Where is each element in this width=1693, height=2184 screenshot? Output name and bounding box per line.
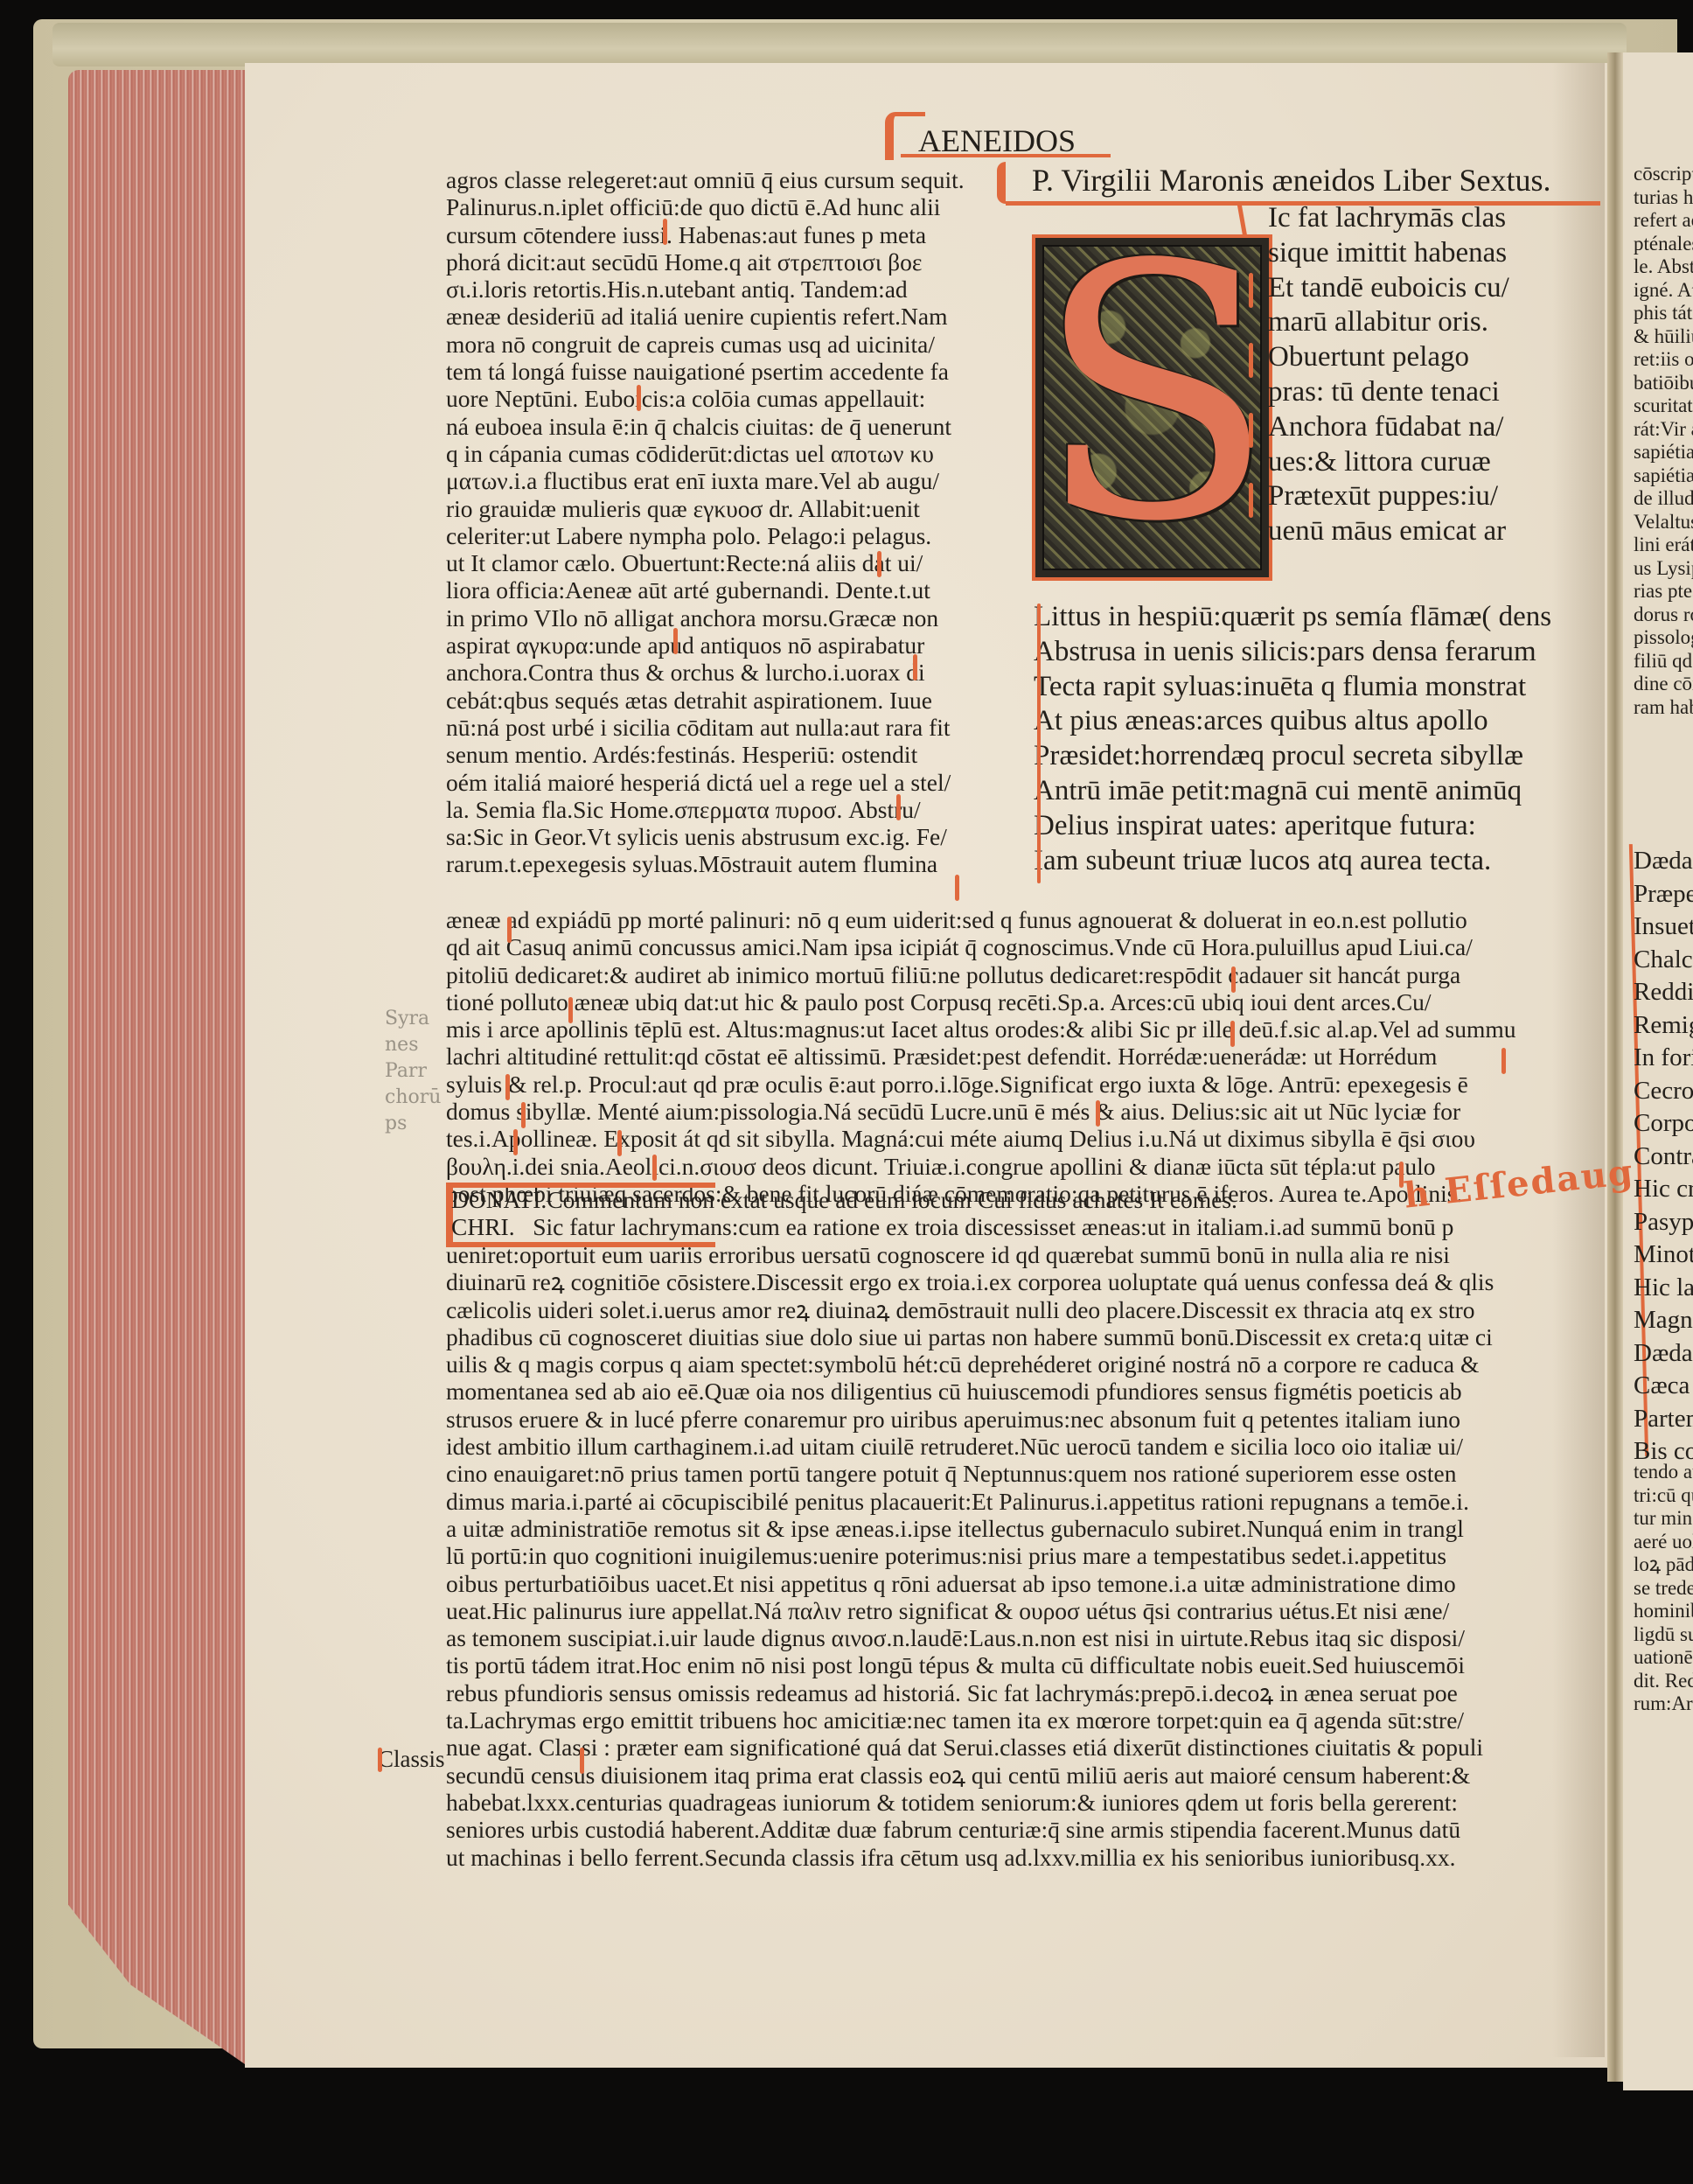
- commentary-line: agros classe relegeret:aut omniū q̄ eius…: [446, 166, 988, 193]
- facing-verse-line: Hic labo: [1634, 1272, 1693, 1305]
- commentary-line: diuinarū reꝝ cognitiōe cōsistere.Discess…: [446, 1268, 1618, 1295]
- book-title: P. Virgilii Maronis æneidos Liber Sextus…: [1032, 162, 1551, 199]
- rubric-stroke: [663, 219, 667, 245]
- facing-verse-line: Remig: [1634, 1009, 1693, 1043]
- rubric-stroke: [507, 917, 512, 943]
- commentary-line: oibus perturbatiōibus uacet.Et nisi appe…: [446, 1570, 1618, 1597]
- rubric-stroke: [1096, 1100, 1100, 1127]
- rubric-stroke: [513, 1129, 518, 1155]
- rubric-stroke: [1249, 413, 1253, 448]
- verse-line: Iam subeunt triuæ lucos atq aurea tecta.: [1034, 844, 1602, 879]
- commentary-line: tis portū tádem itrat.Hoc enim nō nisi p…: [446, 1651, 1618, 1678]
- chri-label: CHRI.: [451, 1213, 515, 1240]
- facing-line: hominibu: [1634, 1600, 1693, 1623]
- commentary-line: qd ait Casuq animū concussus amici.Nam i…: [446, 933, 1618, 960]
- commentary-line: nue agat. Classi : præter eam significat…: [446, 1734, 1618, 1761]
- book-cover-headcap: [52, 23, 1627, 66]
- facing-page-verse: Dædalu Præpet Insuetu Chalcid Reddit Rem…: [1634, 845, 1693, 1469]
- commentary-line: σι.i.loris retortis.His.n.utebant antiq.…: [446, 276, 988, 303]
- commentary-line: lachri altitudiné rettulit:qd cōstat eē …: [446, 1043, 1618, 1070]
- facing-line: ret:iis om: [1634, 348, 1693, 372]
- commentary-line: ta.Lachrymas ergo emittit tribuens hoc a…: [446, 1706, 1618, 1734]
- facing-line: dine cōiu: [1634, 673, 1693, 696]
- commentary-line: cino enauigaret:nō prius tamen portū tan…: [446, 1460, 1618, 1487]
- facing-line: aeré uolás: [1634, 1531, 1693, 1554]
- facing-line: tri:cū quo: [1634, 1484, 1693, 1508]
- rubric-stroke: [896, 794, 901, 820]
- facing-verse-line: Magnun: [1634, 1304, 1693, 1337]
- rubric-stroke: [568, 997, 573, 1023]
- commentary-line: ut machinas i bello ferrent.Secunda clas…: [446, 1844, 1618, 1871]
- commentary-line: habebat.lxxx.centurias quadrageas iunior…: [446, 1789, 1618, 1816]
- rubric-stroke: [1501, 1048, 1506, 1074]
- facing-line: pissologia: [1634, 626, 1693, 650]
- facing-line: batiōibus: [1634, 372, 1693, 395]
- commentary-line: pitoliū dedicaret:& audiret ab inimico m…: [446, 961, 1618, 988]
- commentary-line: liora officia:Aeneæ aūt arté gubernandi.…: [446, 576, 988, 604]
- rubric-stroke: [1249, 343, 1253, 378]
- facing-line: pténales.: [1634, 233, 1693, 256]
- facing-line: dorus rom: [1634, 604, 1693, 627]
- facing-line: turias ha: [1634, 186, 1693, 210]
- commentary-line: lū portū:in quo cognitioni inuigilemus:u…: [446, 1542, 1618, 1569]
- facing-line: ram habe: [1634, 696, 1693, 720]
- facing-line: dit. Red: [1634, 1670, 1693, 1693]
- commentary-line: rebus pfundioris sensus omissis redeamus…: [446, 1679, 1618, 1706]
- facing-line: filiū qd n: [1634, 650, 1693, 673]
- commentary-lower-block: ueniret:oportuit eum uariis erroribus ue…: [446, 1241, 1618, 1871]
- commentary-line: ueat.Hic palinurus iure appellat.Ná παλι…: [446, 1597, 1618, 1624]
- rubric-stroke: [1399, 1162, 1404, 1188]
- commentary-line: strusos eruere & in lucé pferre conaremu…: [446, 1406, 1618, 1433]
- facing-line: uationē,: [1634, 1646, 1693, 1670]
- verse-line: Littus in hespiū:quærit ps semía flāmæ( …: [1034, 600, 1602, 635]
- commentary-line: idest ambitio illum carthaginem.i.ad uit…: [446, 1433, 1618, 1460]
- margin-note-classis: Classis: [378, 1746, 445, 1773]
- commentary-line: cursum cōtendere iussi. Habenas:aut fune…: [446, 221, 988, 248]
- commentary-line: Palinurus.n.iplet officiū:de quo dictū ē…: [446, 193, 988, 220]
- donati-label: DONATI.: [451, 1186, 547, 1213]
- commentary-line: q in cápania cumas cōdiderūt:dictas uel …: [446, 440, 988, 467]
- rubric-stroke: [913, 654, 917, 680]
- commentary-line: tioné polluto æneæ ubiq dat:ut hic & pau…: [446, 988, 1618, 1015]
- commentary-line: a uitæ administratiōe remotus sit & ipse…: [446, 1515, 1618, 1542]
- facing-verse-line: Chalcid: [1634, 944, 1693, 977]
- facing-page-commentary-bottom: tendo aū t tri:cū quo tur minot aeré uol…: [1634, 1461, 1693, 1716]
- ghost-line: chorū: [385, 1085, 441, 1111]
- photo-background: [0, 2090, 1693, 2184]
- rubric-stroke: [617, 1130, 622, 1156]
- commentary-line: æneæ desideriū ad italiá uenire cupienti…: [446, 303, 988, 330]
- rubric-stroke: [955, 875, 959, 901]
- facing-verse-line: Insuetu: [1634, 911, 1693, 944]
- facing-line: & hūilius: [1634, 325, 1693, 349]
- commentary-line: tes.i.Apollineæ. Exposit át qd sit sibyl…: [446, 1125, 1618, 1152]
- verse-line: Obuertunt pelago: [1268, 340, 1600, 375]
- commentary-line: rio grauidæ mulieris quæ εγκυοσ dr. Alla…: [446, 495, 988, 522]
- commentary-line: uilis & q magis corpus q aiam spectet:sy…: [446, 1350, 1618, 1378]
- verse-line: uenū māus emicat ar: [1268, 514, 1600, 549]
- verse-line: Prætexūt puppes:iu/: [1268, 479, 1600, 514]
- facing-verse-line: Contra e: [1634, 1141, 1693, 1174]
- facing-line: rias ptes d: [1634, 580, 1693, 604]
- red-fore-edge: [68, 70, 245, 2064]
- commentary-line: mora nō congruit de capreis cumas usq ad…: [446, 331, 988, 358]
- facing-line: scuritaté: [1634, 394, 1693, 418]
- commentary-line: syluis & rel.p. Procul:aut qd præ oculis…: [446, 1071, 1618, 1098]
- verse-line: Delius inspirat uates: aperitque futura:: [1034, 809, 1602, 844]
- donati-text: Commentum non extat usque ad eum locum C…: [547, 1186, 1237, 1213]
- facing-verse-line: Dædalu: [1634, 845, 1693, 878]
- facing-verse-line: Reddit: [1634, 976, 1693, 1009]
- commentary-line: ut It clamor cælo. Obuertunt:Recte:ná al…: [446, 549, 988, 576]
- facing-line: le. Abst: [1634, 255, 1693, 279]
- commentary-line: oém italiá maioré hesperiá dictá uel a r…: [446, 769, 988, 796]
- rubric-stroke: [378, 1748, 382, 1772]
- commentary-line: uore Neptūni. Euboicis:a colōia cumas ap…: [446, 385, 988, 412]
- commentary-line: in primo VIlo nō alligat anchora morsu.G…: [446, 604, 988, 631]
- commentary-line: anchora.Contra thus & orchus & lurcho.i.…: [446, 659, 988, 686]
- donati-line: DONATI.Commentum non extat usque ad eum …: [451, 1186, 1453, 1213]
- facing-line: tur minot: [1634, 1507, 1693, 1531]
- facing-verse-line: Partem c: [1634, 1403, 1693, 1436]
- facing-verse-line: Hic cruc: [1634, 1173, 1693, 1206]
- rubric-stroke: [521, 1102, 526, 1128]
- facing-verse-line: Corpora: [1634, 1107, 1693, 1141]
- commentary-line: cælicolis uideri solet.i.uerus amor reꝝ …: [446, 1296, 1618, 1323]
- verse-line: Tecta rapit syluas:inuēta q flumia monst…: [1034, 670, 1602, 705]
- rubric-paragraph-mark: [997, 162, 1032, 204]
- rubric-stroke: [1249, 483, 1253, 518]
- commentary-line: sa:Sic in Geor.Vt sylicis uenis abstrusu…: [446, 823, 988, 850]
- facing-line: tendo aū t: [1634, 1461, 1693, 1484]
- rubric-stroke: [637, 385, 641, 411]
- commentary-line: nū:ná post urbé i sicilia cōditam aut nu…: [446, 714, 988, 741]
- rubric-stroke: [580, 1748, 584, 1774]
- rubric-stroke: [673, 628, 678, 654]
- ghost-line: Syra: [385, 1006, 441, 1032]
- verse-line: Anchora fūdabat na/: [1268, 410, 1600, 445]
- facing-verse-line: Minotau: [1634, 1239, 1693, 1272]
- commentary-line: la. Semia fla.Sic Home.σπερματα πυροσ. A…: [446, 796, 988, 823]
- commentary-line: phadibus cū cognosceret diuitias siue do…: [446, 1323, 1618, 1350]
- chri-text: Sic fatur lachrymans:cum ea ratione ex t…: [533, 1213, 1453, 1240]
- verse-line: pras: tū dente tenaci: [1268, 375, 1600, 410]
- rubric-stroke: [1249, 273, 1253, 308]
- facing-verse-line: Præpet: [1634, 878, 1693, 911]
- rubric-stroke: [505, 1074, 510, 1100]
- ghost-line: Parr: [385, 1058, 441, 1085]
- commentary-line: ueniret:oportuit eum uariis erroribus ue…: [446, 1241, 1618, 1268]
- facing-line: sapiétiæ é: [1634, 464, 1693, 488]
- commentary-line: celeriter:ut Labere nympha polo. Pelago:…: [446, 522, 988, 549]
- ghost-line: ps: [385, 1111, 441, 1137]
- facing-line: Velaltus: [1634, 511, 1693, 534]
- commentary-line: rarum.t.epexegesis syluas.Mōstrauit aute…: [446, 850, 988, 877]
- rubric-stroke: [1230, 1021, 1235, 1047]
- facing-verse-line: In foribu: [1634, 1042, 1693, 1075]
- facing-line: de illud:Q: [1634, 487, 1693, 511]
- rubric-stroke: [652, 1155, 657, 1181]
- commentary-line: æneæ ad expiádū pp morté palinuri: nō q …: [446, 906, 1618, 933]
- facing-verse-line: Dædalu: [1634, 1337, 1693, 1371]
- verse-line: sique imittit habenas: [1268, 236, 1600, 271]
- commentary-line: cebát:qbus sequés ætas detrahit aspirati…: [446, 687, 988, 714]
- verse-line: marū allabitur oris.: [1268, 305, 1600, 340]
- verse-line: Abstrusa in uenis silicis:pars densa fer…: [1034, 635, 1602, 670]
- commentary-line: seniores urbis custodiá haberent.Additæ …: [446, 1816, 1618, 1843]
- rubric-stroke: [1231, 966, 1236, 993]
- initial-letter: S: [1035, 234, 1269, 570]
- facing-page-commentary-top: cōscripta turias ha refert ad pténales. …: [1634, 163, 1693, 719]
- facing-line: se tredere: [1634, 1577, 1693, 1601]
- commentary-line: ματων.i.a fluctibus erat enī iuxta mare.…: [446, 467, 988, 494]
- facing-verse-line: Cæca reg: [1634, 1370, 1693, 1403]
- commentary-line: dimus maria.i.parté ai cōcupiscibilé pen…: [446, 1488, 1618, 1515]
- facing-line: phis tátis: [1634, 302, 1693, 325]
- facing-line: refert ad: [1634, 209, 1693, 233]
- verse-line: ues:& littora curuæ: [1268, 445, 1600, 480]
- facing-verse-line: Cecropi: [1634, 1075, 1693, 1108]
- commentary-line: secundū census diuisionem itaq prima era…: [446, 1762, 1618, 1789]
- rubric-stroke: [1037, 604, 1041, 883]
- commentary-line: phorá dicit:aut secūdū Home.q ait στρεπτ…: [446, 248, 988, 276]
- commentary-line: senum mentio. Ardés:festinás. Hesperiū: …: [446, 741, 988, 768]
- facing-line: us Lysipp: [1634, 557, 1693, 581]
- donati-block: DONATI.Commentum non extat usque ad eum …: [451, 1186, 1453, 1240]
- commentary-line: domus sibyllæ. Menté aium:pissologia.Ná …: [446, 1098, 1618, 1125]
- facing-line: lini erát d: [1634, 534, 1693, 557]
- facing-verse-line: Pasypha: [1634, 1206, 1693, 1239]
- rubric-stroke: [877, 551, 881, 577]
- verse-line: At pius æneas:arces quibus altus apollo: [1034, 704, 1602, 739]
- verse-column: Littus in hespiū:quærit ps semía flāmæ( …: [1034, 600, 1602, 878]
- facing-line: ligdū susp: [1634, 1623, 1693, 1647]
- commentary-column: agros classe relegeret:aut omniū q̄ eius…: [446, 166, 988, 878]
- commentary-line: mis i arce apollinis tēplū est. Altus:ma…: [446, 1015, 1618, 1043]
- facing-line: loꝝ pādin: [1634, 1553, 1693, 1577]
- verse-line: Præsidet:horrendæq procul secreta sibyll…: [1034, 739, 1602, 774]
- commentary-line: momentanea sed ab aio eē.Quæ oia nos dil…: [446, 1378, 1618, 1405]
- ghost-line: nes: [385, 1032, 441, 1058]
- facing-line: rum:Art: [1634, 1692, 1693, 1716]
- chri-line: CHRI. Sic fatur lachrymans:cum ea ration…: [451, 1213, 1453, 1240]
- commentary-line: aspirat αγκυρα:unde apud antiquos nō asp…: [446, 631, 988, 659]
- show-through-text: Syra nes Parr chorū ps: [385, 1006, 441, 1137]
- facing-line: rát:Vir al: [1634, 418, 1693, 442]
- facing-line: igné. At: [1634, 279, 1693, 303]
- verse-line: Antrū imāe petit:magnā cui mentē animūq: [1034, 774, 1602, 809]
- commentary-line: ná euboea insula ē:in q̄ chalcis ciuitas…: [446, 413, 988, 440]
- verse-line: Ic fat lachrymās clas: [1268, 201, 1600, 236]
- commentary-wide-block: æneæ ad expiádū pp morté palinuri: nō q …: [446, 906, 1618, 1207]
- verse-line: Et tandē euboicis cu/: [1268, 271, 1600, 306]
- facing-line: sapiétia:p: [1634, 441, 1693, 464]
- commentary-line: as temonem suscipiat.i.uir laude dignus …: [446, 1624, 1618, 1651]
- decorated-initial: S: [1032, 234, 1272, 581]
- verse-column-narrow: Ic fat lachrymās clas sique imittit habe…: [1268, 201, 1600, 549]
- facing-line: cōscripta: [1634, 163, 1693, 186]
- running-head: AENEIDOS: [918, 122, 1076, 159]
- commentary-line: tem tá longá fuisse nauigationé psertim …: [446, 358, 988, 385]
